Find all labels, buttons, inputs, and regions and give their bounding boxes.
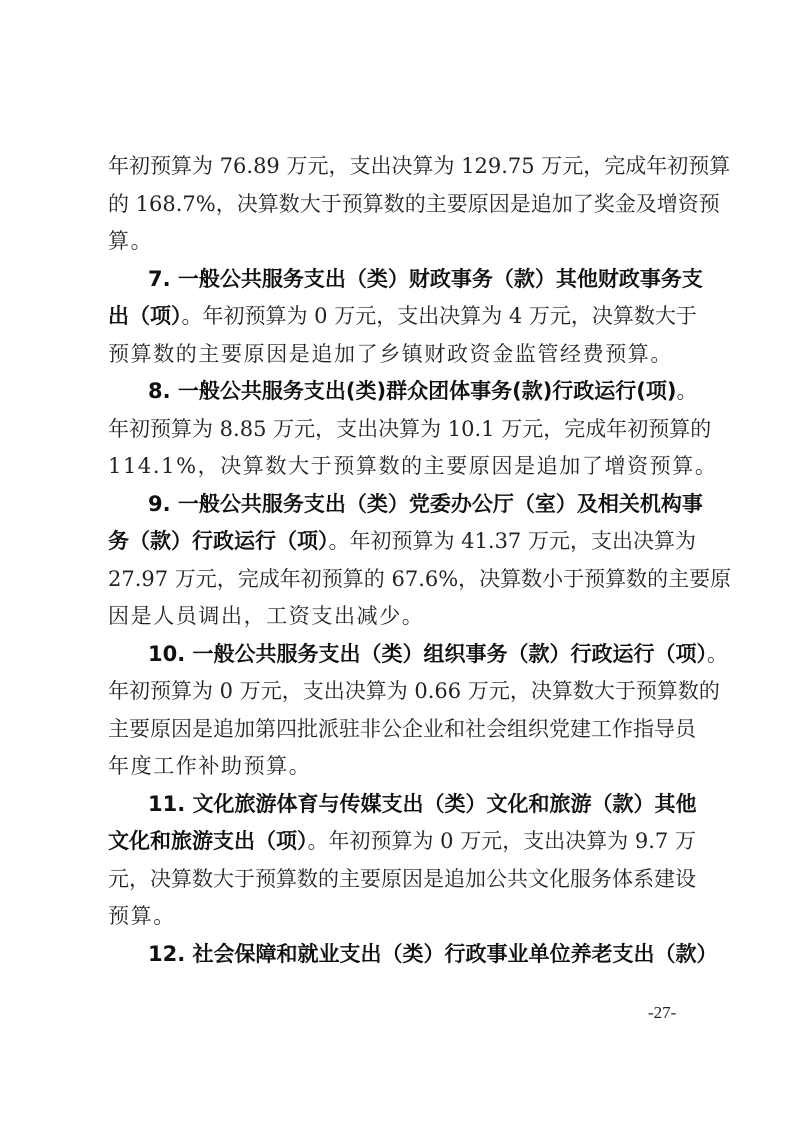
item-text: 27.97 万元，完成年初预算的 67.6%，决算数小于预算数的主要原 [108, 567, 731, 591]
paragraph-line: 的 168.7%，决算数大于预算数的主要原因是追加了奖金及增资预 [108, 186, 692, 224]
item-title: 10. 一般公共服务支出（类）组织事务（款）行政运行（项） [148, 642, 707, 666]
page-number: -27- [648, 1003, 676, 1023]
paragraph-line: 年初预算为 76.89 万元，支出决算为 129.75 万元，完成年初预算 [108, 148, 692, 186]
paragraph-line: 务（款）行政运行（项）。年初预算为 41.37 万元，支出决算为 [108, 523, 692, 561]
item-title: 11. 文化旅游体育与传媒支出（类）文化和旅游（款）其他 [148, 792, 697, 816]
paragraph-line: 年初预算为 8.85 万元，支出决算为 10.1 万元，完成年初预算的 [108, 411, 692, 449]
paragraph-line: 算。 [108, 223, 692, 261]
paragraph-heading-line: 12. 社会保障和就业支出（类）行政事业单位养老支出（款） [108, 936, 692, 974]
paragraph-heading-line: 11. 文化旅游体育与传媒支出（类）文化和旅游（款）其他 [108, 786, 692, 824]
item-text: 。年初预算为 41.37 万元，支出决算为 [329, 529, 696, 553]
paragraph-heading-line: 8. 一般公共服务支出(类)群众团体事务(款)行政运行(项)。 [108, 373, 692, 411]
paragraph-line: 主要原因是追加第四批派驻非公企业和社会组织党建工作指导员 [108, 711, 692, 749]
item-text: 的 168.7%，决算数大于预算数的主要原因是追加了奖金及增资预 [108, 192, 720, 216]
item-text: 114.1%，决算数大于预算数的主要原因是追加了增资预算。 [108, 454, 717, 478]
item-text: 元，决算数大于预算数的主要原因是追加公共文化服务体系建设 [108, 867, 696, 891]
item-text: 年度工作补助预算。 [108, 754, 311, 778]
item-title: 7. 一般公共服务支出（类）财政事务（款）其他财政事务支 [148, 267, 703, 291]
paragraph-line: 因是人员调出，工资支出减少。 [108, 598, 692, 636]
item-title: 8. 一般公共服务支出(类)群众团体事务(款)行政运行(项) [148, 379, 676, 403]
paragraph-line: 年初预算为 0 万元，支出决算为 0.66 万元，决算数大于预算数的 [108, 673, 692, 711]
item-text: 。 [707, 642, 728, 666]
item-title: 文化和旅游支出（项） [108, 829, 308, 853]
item-text: 预算。 [108, 904, 176, 928]
item-text: 因是人员调出，工资支出减少。 [108, 604, 424, 628]
item-text: 。年初预算为 0 万元，支出决算为 4 万元，决算数大于 [182, 304, 697, 328]
paragraph-heading-line: 10. 一般公共服务支出（类）组织事务（款）行政运行（项）。 [108, 636, 692, 674]
paragraph-line: 预算。 [108, 898, 692, 936]
paragraph-line: 年度工作补助预算。 [108, 748, 692, 786]
paragraph-line: 元，决算数大于预算数的主要原因是追加公共文化服务体系建设 [108, 861, 692, 899]
paragraph-heading-line: 9. 一般公共服务支出（类）党委办公厅（室）及相关机构事 [108, 486, 692, 524]
paragraph-line: 出（项）。年初预算为 0 万元，支出决算为 4 万元，决算数大于 [108, 298, 692, 336]
paragraph-line: 114.1%，决算数大于预算数的主要原因是追加了增资预算。 [108, 448, 692, 486]
paragraph-heading-line: 7. 一般公共服务支出（类）财政事务（款）其他财政事务支 [108, 261, 692, 299]
body-text: 年初预算为 76.89 万元，支出决算为 129.75 万元，完成年初预算的 1… [108, 148, 692, 973]
item-text: 。 [676, 379, 697, 403]
item-text: 年初预算为 76.89 万元，支出决算为 129.75 万元，完成年初预算 [108, 154, 730, 178]
paragraph-line: 预算数的主要原因是追加了乡镇财政资金监管经费预算。 [108, 336, 692, 374]
item-text: 年初预算为 0 万元，支出决算为 0.66 万元，决算数大于预算数的 [108, 679, 720, 703]
item-title: 12. 社会保障和就业支出（类）行政事业单位养老支出（款） [148, 942, 718, 966]
item-text: 年初预算为 8.85 万元，支出决算为 10.1 万元，完成年初预算的 [108, 417, 711, 441]
paragraph-line: 27.97 万元，完成年初预算的 67.6%，决算数小于预算数的主要原 [108, 561, 692, 599]
item-title: 9. 一般公共服务支出（类）党委办公厅（室）及相关机构事 [148, 492, 703, 516]
document-page: 年初预算为 76.89 万元，支出决算为 129.75 万元，完成年初预算的 1… [0, 0, 793, 1122]
item-title: 出（项） [108, 304, 182, 328]
item-text: 主要原因是追加第四批派驻非公企业和社会组织党建工作指导员 [108, 717, 696, 741]
item-text: 算。 [108, 229, 153, 253]
item-text: 。年初预算为 0 万元，支出决算为 9.7 万 [308, 829, 696, 853]
paragraph-line: 文化和旅游支出（项）。年初预算为 0 万元，支出决算为 9.7 万 [108, 823, 692, 861]
item-text: 预算数的主要原因是追加了乡镇财政资金监管经费预算。 [108, 342, 673, 366]
item-title: 务（款）行政运行（项） [108, 529, 329, 553]
